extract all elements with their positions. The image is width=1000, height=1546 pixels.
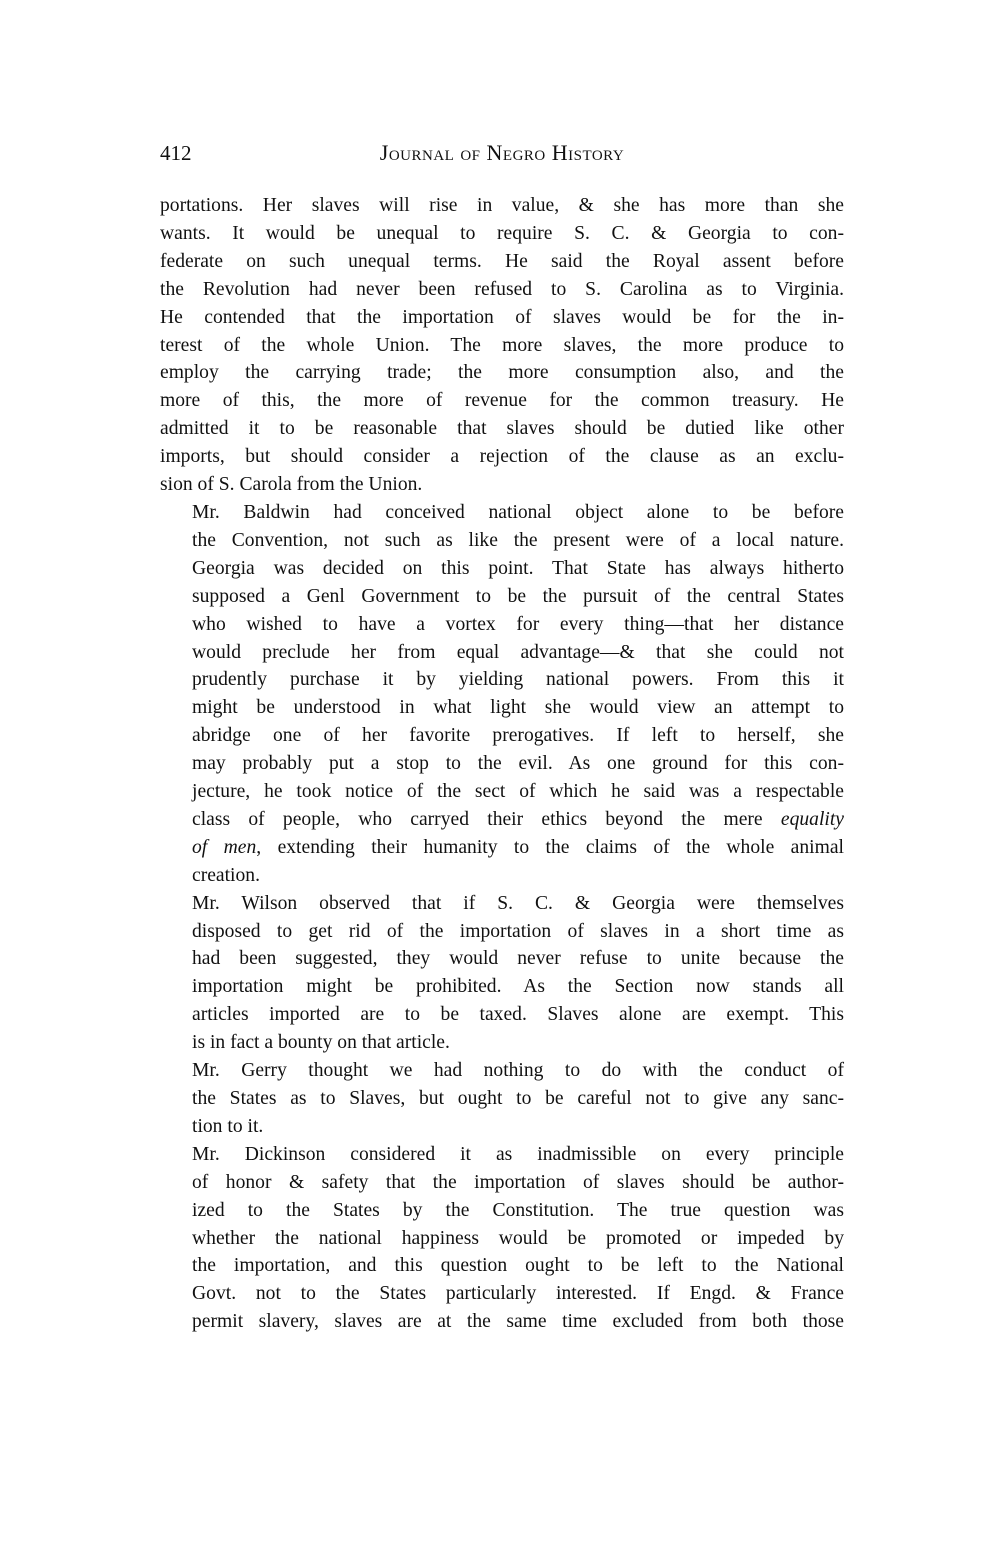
- text-line: who wished to have a vortex for every th…: [160, 611, 844, 639]
- text-line-content: Mr. Baldwin had conceived national objec…: [192, 502, 844, 523]
- text-line: Mr. Baldwin had conceived national objec…: [160, 499, 844, 527]
- text-line: tion to it.: [160, 1113, 844, 1141]
- text-line: articles imported are to be taxed. Slave…: [160, 1001, 844, 1029]
- journal-page: 412 Journal of Negro History portations.…: [160, 138, 844, 1336]
- text-line: the Convention, not such as like the pre…: [160, 527, 844, 555]
- text-line: might be understood in what light she wo…: [160, 694, 844, 722]
- text-line: Mr. Dickinson considered it as inadmissi…: [160, 1141, 844, 1169]
- text-line-content: , extending their humanity to the claims…: [256, 837, 844, 858]
- journal-title: Journal of Negro History: [160, 138, 844, 168]
- text-line: of honor & safety that the importation o…: [160, 1169, 844, 1197]
- text-line: admitted it to be reasonable that slaves…: [160, 415, 844, 443]
- text-line: disposed to get rid of the importation o…: [160, 918, 844, 946]
- text-line: class of people, who carryed their ethic…: [160, 806, 844, 834]
- text-line: the importation, and this question ought…: [160, 1252, 844, 1280]
- text-line: Govt. not to the States particularly int…: [160, 1280, 844, 1308]
- text-line: ized to the States by the Constitution. …: [160, 1197, 844, 1225]
- paragraph-baldwin: Mr. Baldwin had conceived national objec…: [160, 499, 844, 890]
- text-line: federate on such unequal terms. He said …: [160, 248, 844, 276]
- text-line: Mr. Wilson observed that if S. C. & Geor…: [160, 890, 844, 918]
- text-line-content: Mr. Wilson observed that if S. C. & Geor…: [192, 893, 844, 914]
- text-line: would preclude her from equal advantage—…: [160, 639, 844, 667]
- text-line: imports, but should consider a rejection…: [160, 443, 844, 471]
- paragraph-dickinson: Mr. Dickinson considered it as inadmissi…: [160, 1141, 844, 1336]
- text-line: wants. It would be unequal to require S.…: [160, 220, 844, 248]
- text-line: supposed a Genl Government to be the pur…: [160, 583, 844, 611]
- text-line: whether the national happiness would be …: [160, 1225, 844, 1253]
- text-line: may probably put a stop to the evil. As …: [160, 750, 844, 778]
- text-line: sion of S. Carola from the Union.: [160, 471, 844, 499]
- italic-phrase: of men: [192, 837, 256, 858]
- text-line: of men, extending their humanity to the …: [160, 834, 844, 862]
- running-head: 412 Journal of Negro History: [160, 138, 844, 168]
- text-line-content: class of people, who carryed their ethic…: [192, 809, 781, 830]
- paragraph-gerry: Mr. Gerry thought we had nothing to do w…: [160, 1057, 844, 1141]
- text-line: Georgia was decided on this point. That …: [160, 555, 844, 583]
- text-line: prudently purchase it by yielding nation…: [160, 666, 844, 694]
- text-line-content: Mr. Dickinson considered it as inadmissi…: [192, 1144, 844, 1165]
- paragraph-continuation: portations. Her slaves will rise in valu…: [160, 192, 844, 499]
- text-line: Mr. Gerry thought we had nothing to do w…: [160, 1057, 844, 1085]
- text-line: is in fact a bounty on that article.: [160, 1029, 844, 1057]
- text-line: importation might be prohibited. As the …: [160, 973, 844, 1001]
- text-line: portations. Her slaves will rise in valu…: [160, 192, 844, 220]
- text-line: abridge one of her favorite prerogatives…: [160, 722, 844, 750]
- paragraph-wilson: Mr. Wilson observed that if S. C. & Geor…: [160, 890, 844, 1057]
- text-line: creation.: [160, 862, 844, 890]
- text-line: permit slavery, slaves are at the same t…: [160, 1308, 844, 1336]
- text-line: He contended that the importation of sla…: [160, 304, 844, 332]
- text-line: terest of the whole Union. The more slav…: [160, 332, 844, 360]
- text-line: the States as to Slaves, but ought to be…: [160, 1085, 844, 1113]
- body-text: portations. Her slaves will rise in valu…: [160, 192, 844, 1336]
- text-line: more of this, the more of revenue for th…: [160, 387, 844, 415]
- text-line-content: Mr. Gerry thought we had nothing to do w…: [192, 1060, 844, 1081]
- text-line: jecture, he took notice of the sect of w…: [160, 778, 844, 806]
- text-line: had been suggested, they would never ref…: [160, 945, 844, 973]
- text-line: the Revolution had never been refused to…: [160, 276, 844, 304]
- text-line: employ the carrying trade; the more cons…: [160, 359, 844, 387]
- italic-phrase: equality: [781, 809, 844, 830]
